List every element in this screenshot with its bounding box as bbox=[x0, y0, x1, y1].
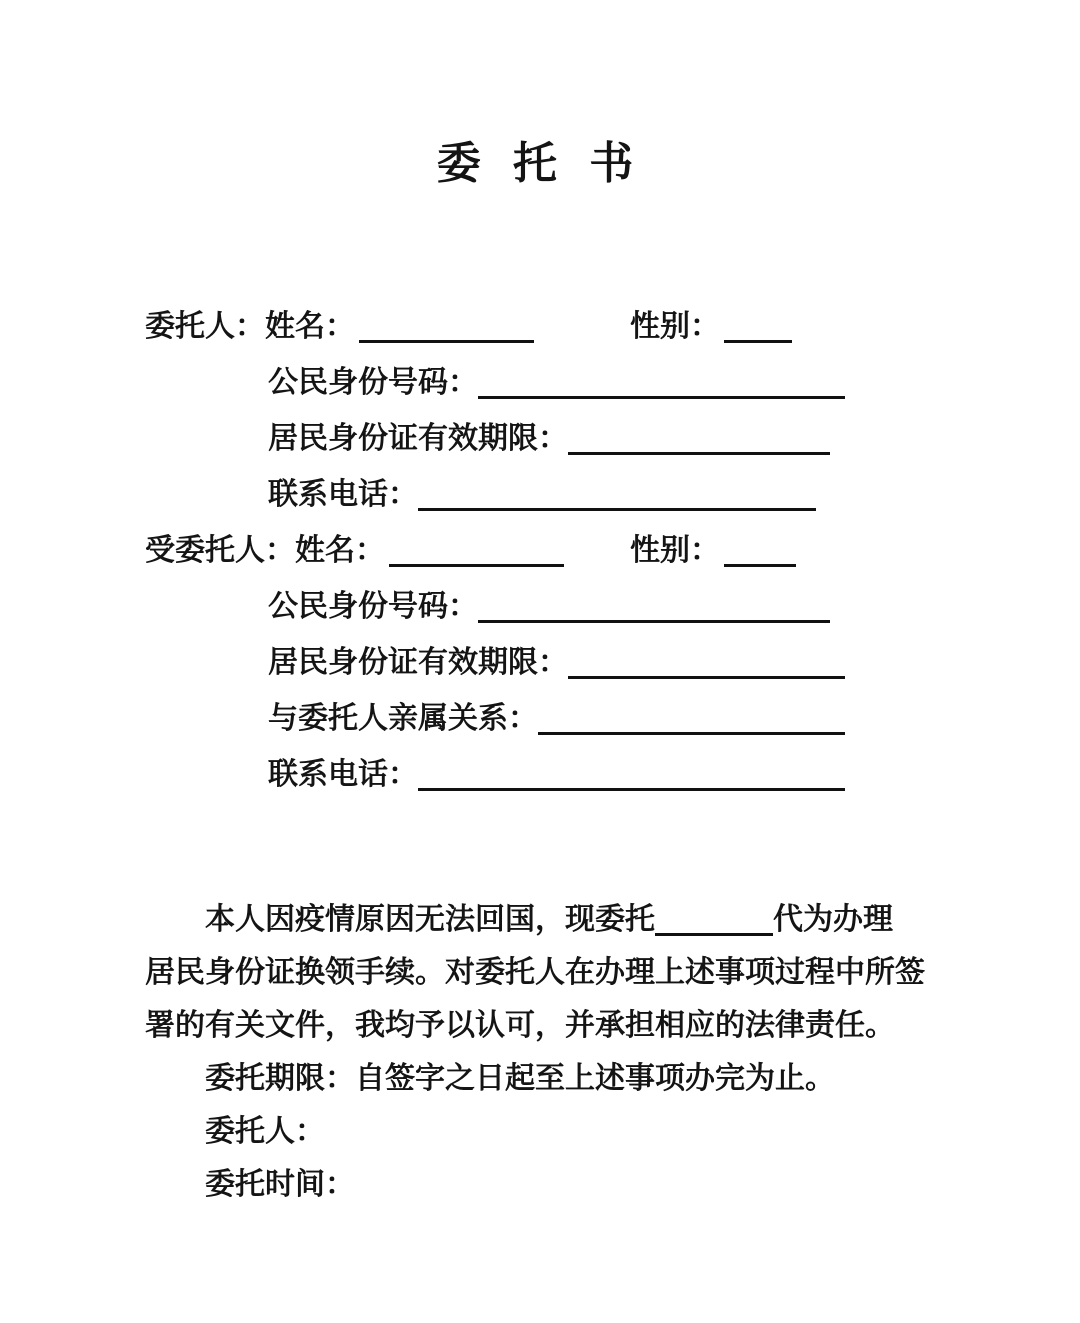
principal-section-label: 委托人： bbox=[145, 310, 265, 343]
agent-phone-label: 联系电话： bbox=[268, 758, 418, 791]
delegate-name-blank-field bbox=[655, 906, 773, 936]
body-paragraph-line-1: 本人因疫情原因无法回国，现委托代为办理 bbox=[145, 893, 960, 946]
body-line1-text-before: 本人因疫情原因无法回国，现委托 bbox=[205, 903, 655, 936]
agent-section-label: 受委托人： bbox=[145, 534, 295, 567]
body-line1-text-after: 代为办理 bbox=[773, 903, 893, 936]
signer-label-line: 委托人： bbox=[145, 1105, 960, 1158]
agent-gender-label: 性别： bbox=[630, 534, 720, 567]
agent-id-blank-field bbox=[478, 593, 830, 623]
principal-phone-label: 联系电话： bbox=[268, 478, 418, 511]
agent-id-label: 公民身份号码： bbox=[268, 590, 478, 623]
agent-relationship-row: 与委托人亲属关系： bbox=[145, 691, 1080, 747]
agent-id-row: 公民身份号码： bbox=[145, 579, 1080, 635]
principal-id-row: 公民身份号码： bbox=[145, 355, 1080, 411]
principal-gender-blank-field bbox=[724, 313, 792, 343]
principal-id-blank-field bbox=[478, 369, 845, 399]
body-section: 本人因疫情原因无法回国，现委托代为办理 居民身份证换领手续。对委托人在办理上述事… bbox=[0, 893, 1080, 1211]
agent-name-gender-row: 受委托人：姓名：性别： bbox=[145, 523, 1080, 579]
sign-date-label-line: 委托时间： bbox=[145, 1158, 960, 1211]
agent-id-validity-row: 居民身份证有效期限： bbox=[145, 635, 1080, 691]
agent-relationship-label: 与委托人亲属关系： bbox=[268, 702, 538, 735]
agent-gender-blank-field bbox=[724, 537, 796, 567]
principal-name-gender-row: 委托人：姓名：性别： bbox=[145, 299, 1080, 355]
agent-name-label: 姓名： bbox=[295, 534, 385, 567]
principal-phone-row: 联系电话： bbox=[145, 467, 1080, 523]
principal-id-validity-label: 居民身份证有效期限： bbox=[268, 422, 568, 455]
body-paragraph-line-2: 居民身份证换领手续。对委托人在办理上述事项过程中所签 bbox=[145, 946, 960, 999]
document-title: 委 托 书 bbox=[0, 0, 1080, 190]
principal-gender-label: 性别： bbox=[630, 310, 720, 343]
agent-name-blank-field bbox=[389, 537, 564, 567]
body-paragraph-line-3: 署的有关文件，我均予以认可，并承担相应的法律责任。 bbox=[145, 999, 960, 1052]
principal-id-validity-row: 居民身份证有效期限： bbox=[145, 411, 1080, 467]
form-section: 委托人：姓名：性别： 公民身份号码： 居民身份证有效期限： 联系电话： 受委托人… bbox=[0, 299, 1080, 803]
authorization-term-line: 委托期限：自签字之日起至上述事项办完为止。 bbox=[145, 1052, 960, 1105]
agent-relationship-blank-field bbox=[538, 705, 845, 735]
agent-id-validity-label: 居民身份证有效期限： bbox=[268, 646, 568, 679]
principal-id-validity-blank-field bbox=[568, 425, 830, 455]
agent-phone-blank-field bbox=[418, 761, 845, 791]
principal-name-blank-field bbox=[359, 313, 534, 343]
agent-id-validity-blank-field bbox=[568, 649, 845, 679]
principal-name-label: 姓名： bbox=[265, 310, 355, 343]
agent-phone-row: 联系电话： bbox=[145, 747, 1080, 803]
authorization-letter-page: 委 托 书 委托人：姓名：性别： 公民身份号码： 居民身份证有效期限： 联系电话… bbox=[0, 0, 1080, 1323]
principal-phone-blank-field bbox=[418, 481, 816, 511]
principal-id-label: 公民身份号码： bbox=[268, 366, 478, 399]
